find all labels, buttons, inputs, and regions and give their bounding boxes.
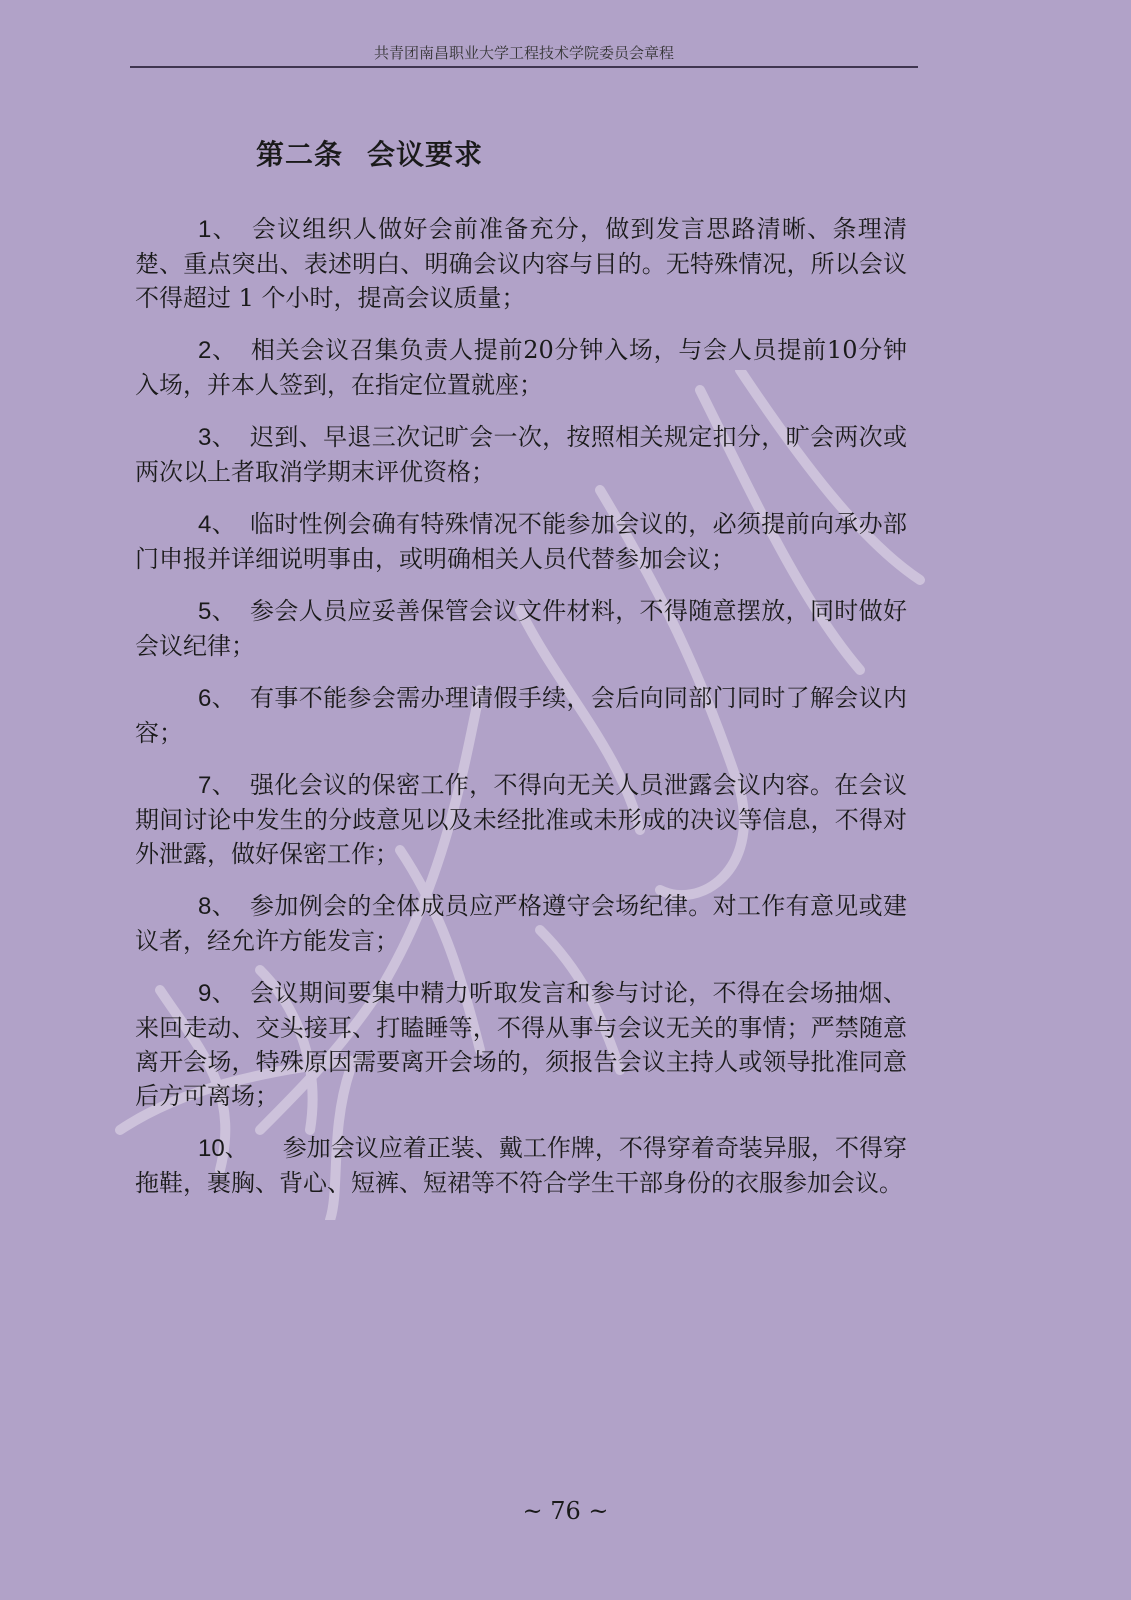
- item-text: 会议组织人做好会前准备充分，做到发言思路清晰、条理清楚、重点突出、表述明白、明确…: [135, 215, 907, 312]
- item-number: 10、: [198, 1135, 249, 1162]
- list-item: 1、会议组织人做好会前准备充分，做到发言思路清晰、条理清楚、重点突出、表述明白、…: [135, 212, 907, 315]
- item-text: 参加会议应着正装、戴工作牌，不得穿着奇装异服，不得穿拖鞋，裹胸、背心、短裤、短裙…: [135, 1134, 907, 1197]
- item-number: 6、: [198, 685, 236, 712]
- item-text: 迟到、早退三次记旷会一次，按照相关规定扣分，旷会两次或两次以上者取消学期末评优资…: [135, 423, 907, 486]
- section-title-text: 会议要求: [367, 138, 483, 171]
- item-text: 临时性例会确有特殊情况不能参加会议的，必须提前向承办部门申报并详细说明事由，或明…: [135, 510, 907, 573]
- item-number: 7、: [198, 772, 236, 799]
- item-number: 5、: [198, 598, 236, 625]
- item-number: 1、: [198, 216, 238, 243]
- item-text: 有事不能参会需办理请假手续，会后向同部门同时了解会议内容；: [135, 684, 907, 747]
- item-number: 9、: [198, 980, 236, 1007]
- item-text: 参加例会的全体成员应严格遵守会场纪律。对工作有意见或建议者，经允许方能发言；: [135, 892, 907, 955]
- list-item: 4、临时性例会确有特殊情况不能参加会议的，必须提前向承办部门申报并详细说明事由，…: [135, 507, 907, 576]
- list-item: 9、会议期间要集中精力听取发言和参与讨论，不得在会场抽烟、来回走动、交头接耳、打…: [135, 976, 907, 1113]
- section-title: 第二条会议要求: [256, 133, 483, 173]
- list-item: 7、强化会议的保密工作，不得向无关人员泄露会议内容。在会议期间讨论中发生的分歧意…: [135, 768, 907, 871]
- item-number: 4、: [198, 511, 236, 538]
- item-text: 参会人员应妥善保管会议文件材料，不得随意摆放，同时做好会议纪律；: [135, 597, 907, 660]
- item-text: 会议期间要集中精力听取发言和参与讨论，不得在会场抽烟、来回走动、交头接耳、打瞌睡…: [135, 979, 907, 1110]
- list-item: 5、参会人员应妥善保管会议文件材料，不得随意摆放，同时做好会议纪律；: [135, 594, 907, 663]
- article-body: 1、会议组织人做好会前准备充分，做到发言思路清晰、条理清楚、重点突出、表述明白、…: [135, 212, 907, 1218]
- page-number: ~ 76 ~: [0, 1497, 1131, 1525]
- list-item: 10、参加会议应着正装、戴工作牌，不得穿着奇装异服，不得穿拖鞋，裹胸、背心、短裤…: [135, 1131, 907, 1200]
- list-item: 8、参加例会的全体成员应严格遵守会场纪律。对工作有意见或建议者，经允许方能发言；: [135, 889, 907, 958]
- item-number: 8、: [198, 893, 236, 920]
- item-number: 3、: [198, 424, 236, 451]
- running-header: 共青团南昌职业大学工程技术学院委员会章程: [130, 42, 918, 63]
- list-item: 3、迟到、早退三次记旷会一次，按照相关规定扣分，旷会两次或两次以上者取消学期末评…: [135, 420, 907, 489]
- list-item: 2、相关会议召集负责人提前20分钟入场，与会人员提前10分钟入场，并本人签到，在…: [135, 333, 907, 402]
- item-text: 相关会议召集负责人提前20分钟入场，与会人员提前10分钟入场，并本人签到，在指定…: [135, 336, 907, 399]
- item-text: 强化会议的保密工作，不得向无关人员泄露会议内容。在会议期间讨论中发生的分歧意见以…: [135, 771, 907, 868]
- list-item: 6、有事不能参会需办理请假手续，会后向同部门同时了解会议内容；: [135, 681, 907, 750]
- section-title-number: 第二条: [256, 138, 343, 171]
- item-number: 2、: [198, 337, 237, 364]
- header-divider: [130, 66, 918, 68]
